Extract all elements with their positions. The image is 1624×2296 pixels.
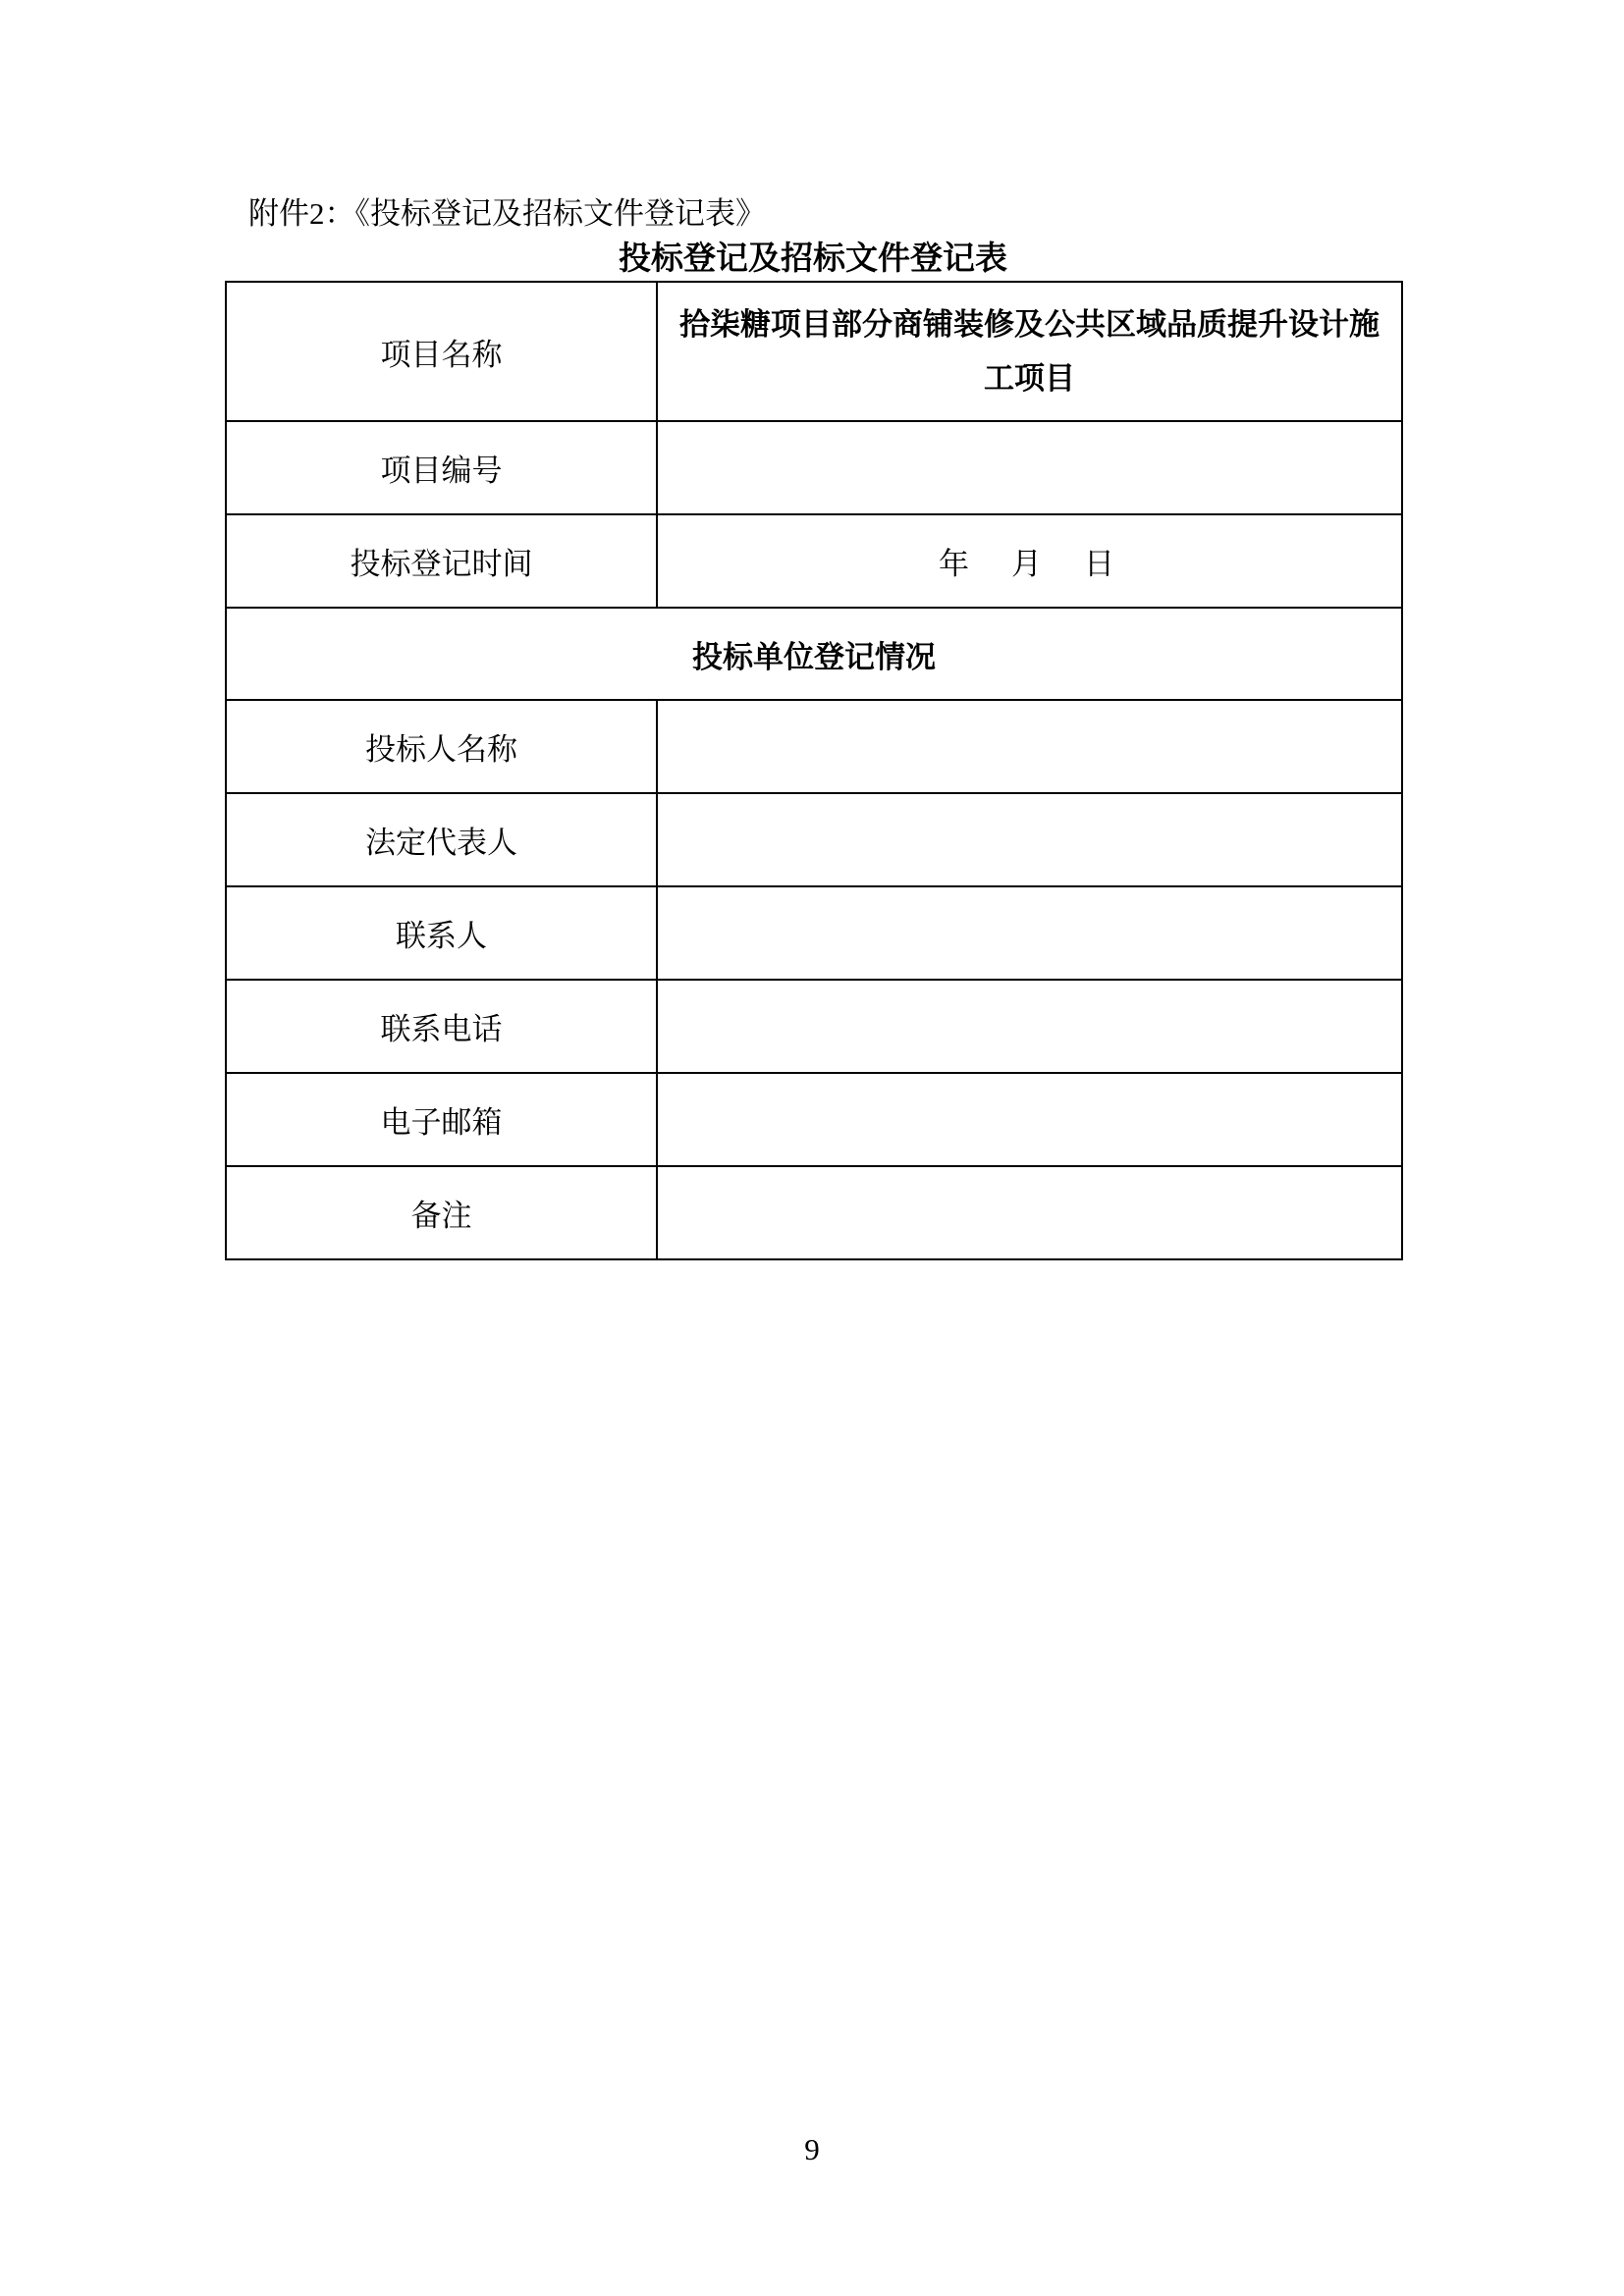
row-label-project-number: 项目编号	[226, 421, 657, 514]
row-label-legal-representative: 法定代表人	[226, 793, 657, 886]
attachment-note: 附件2：《投标登记及招标文件登记表》	[248, 194, 766, 234]
table-row: 电子邮箱	[226, 1073, 1402, 1166]
row-value-project-number	[657, 421, 1402, 514]
table-row: 联系电话	[226, 980, 1402, 1073]
document-page: 附件2：《投标登记及招标文件登记表》 投标登记及招标文件登记表 项目名称 拾柒糖…	[0, 0, 1624, 2296]
row-label-bidder-name: 投标人名称	[226, 700, 657, 793]
section-header: 投标单位登记情况	[226, 608, 1402, 700]
section-header-row: 投标单位登记情况	[226, 608, 1402, 700]
table-row: 项目编号	[226, 421, 1402, 514]
row-value-contact-person	[657, 886, 1402, 980]
row-label-project-name: 项目名称	[226, 282, 657, 421]
row-value-legal-representative	[657, 793, 1402, 886]
row-label-remarks: 备注	[226, 1166, 657, 1259]
row-value-email	[657, 1073, 1402, 1166]
table-row: 法定代表人	[226, 793, 1402, 886]
table-row: 投标人名称	[226, 700, 1402, 793]
row-label-contact-person: 联系人	[226, 886, 657, 980]
table-row: 联系人	[226, 886, 1402, 980]
row-value-bidder-name	[657, 700, 1402, 793]
row-label-registration-time: 投标登记时间	[226, 514, 657, 608]
document-title: 投标登记及招标文件登记表	[225, 239, 1401, 280]
table-row: 备注	[226, 1166, 1402, 1259]
registration-table: 项目名称 拾柒糖项目部分商铺装修及公共区域品质提升设计施工项目 项目编号 投标登…	[225, 281, 1403, 1260]
page-number: 9	[0, 2132, 1624, 2167]
row-value-remarks	[657, 1166, 1402, 1259]
row-label-contact-phone: 联系电话	[226, 980, 657, 1073]
row-value-contact-phone	[657, 980, 1402, 1073]
row-label-email: 电子邮箱	[226, 1073, 657, 1166]
table-row: 投标登记时间 年 月 日	[226, 514, 1402, 608]
row-value-project-name: 拾柒糖项目部分商铺装修及公共区域品质提升设计施工项目	[657, 282, 1402, 421]
table-row: 项目名称 拾柒糖项目部分商铺装修及公共区域品质提升设计施工项目	[226, 282, 1402, 421]
row-value-registration-time: 年 月 日	[657, 514, 1402, 608]
